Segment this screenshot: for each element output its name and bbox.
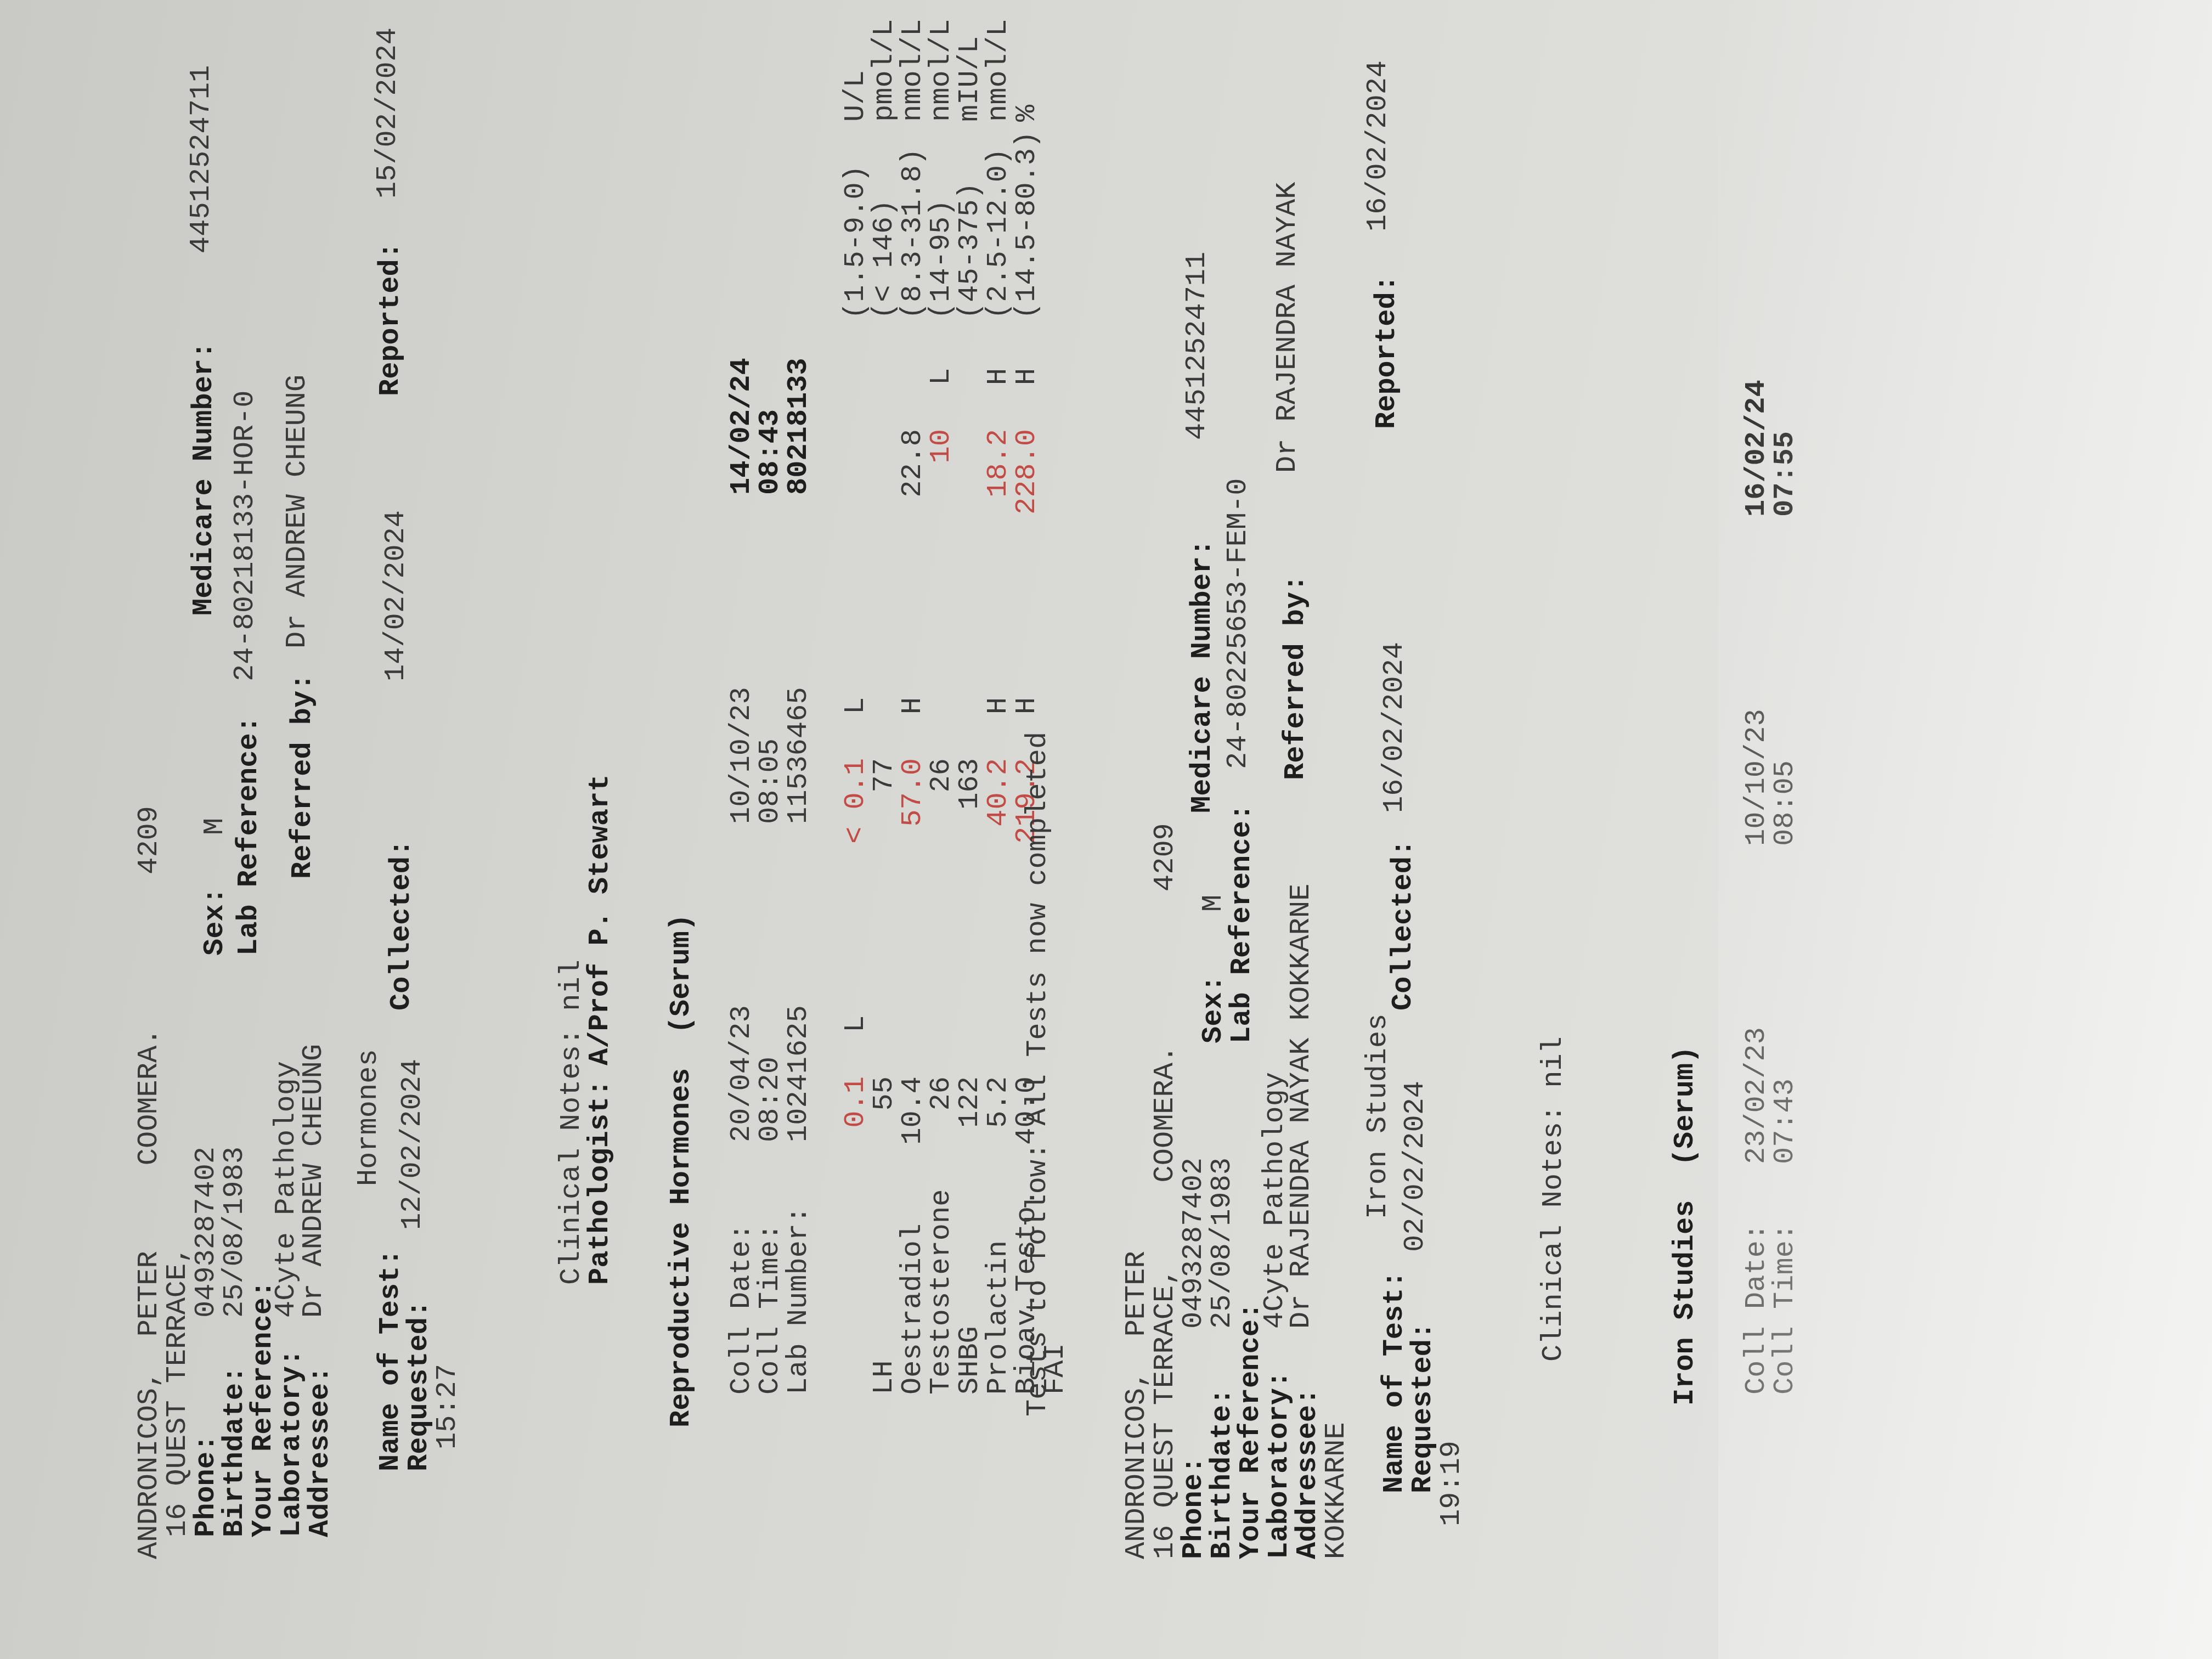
lab-reference-value: 24-80225653-FEM-0 <box>1224 478 1252 770</box>
result-label: Testosterone <box>927 1189 956 1395</box>
reported-value: 16/02/2024 <box>1364 60 1392 232</box>
unit: mIU/L <box>956 36 984 122</box>
clinical-notes: Clinical Notes: nil <box>557 960 586 1285</box>
header-row-value: 08:20 <box>756 1057 785 1142</box>
result-flag: L <box>842 1015 870 1032</box>
result-flag: L <box>842 697 870 714</box>
result-value: 163 <box>956 758 984 810</box>
header-row-value: 07:55 <box>1771 431 1799 517</box>
requested-value: 12/02/2024 <box>398 1059 427 1230</box>
reference-range: (8.3-31.8) <box>899 148 927 319</box>
test-name-value: Iron Studies <box>1364 1014 1392 1219</box>
reported-label: Reported: <box>376 242 405 396</box>
header-row-value: 07:43 <box>1771 1079 1799 1164</box>
header-row-value: 14/02/24 <box>727 358 756 495</box>
result-value: < 0.1 <box>842 758 870 844</box>
header-row-value: 10241625 <box>785 1005 813 1142</box>
collected-value: 16/02/2024 <box>1380 642 1409 813</box>
header-row-value: 80218133 <box>785 358 813 495</box>
sex-label: Sex: <box>201 887 229 956</box>
laboratory-label: Laboratory: <box>278 1349 306 1537</box>
result-flag: H <box>1013 697 1041 714</box>
lab-reference-label: Lab Reference: <box>1228 804 1256 1043</box>
medicare-value: 44512524711 <box>187 65 216 253</box>
requested-value: 02/02/2024 <box>1401 1081 1430 1252</box>
requested-time: 15:27 <box>433 1364 462 1449</box>
unit: nmol/L <box>984 19 1013 122</box>
result-value: 0.1 <box>842 1076 870 1128</box>
referred-by-label: Referred by: <box>289 674 317 879</box>
reference-range: (14.5-80.3) <box>1013 131 1041 319</box>
result-value: 22.8 <box>899 429 927 498</box>
header-row-value: 10/10/23 <box>727 687 756 824</box>
result-flag: H <box>984 368 1013 385</box>
unit: pmol/L <box>870 19 899 122</box>
medicare-label: Medicare Number: <box>1188 539 1217 813</box>
addressee-value: Dr ANDREW CHEUNG <box>300 1044 328 1318</box>
result-label: SHBG <box>956 1326 984 1395</box>
section-title-iron-studies: Iron Studies (Serum) <box>1671 1046 1700 1406</box>
phone-label: Phone: <box>192 1435 221 1537</box>
addressee-label: Addressee: <box>306 1366 335 1537</box>
result-value: 228.0 <box>1013 429 1041 515</box>
birthdate-value: 25/08/1983 <box>221 1147 249 1318</box>
unit: nmol/L <box>899 19 927 122</box>
requested-time: 19:19 <box>1437 1441 1466 1526</box>
header-row-label: Lab Number: <box>785 1206 813 1395</box>
test-name-label: Name of Test: <box>376 1249 405 1471</box>
addressee-label: Addressee: <box>1294 1388 1322 1559</box>
reference-range: (1.5-9.0) <box>842 165 870 319</box>
reference-range: (< 146) <box>870 200 899 319</box>
addressee-value: Dr RAJENDRA NAYAK KOKKARNE <box>1287 884 1316 1329</box>
result-flag: H <box>899 697 927 714</box>
result-label: LH <box>870 1361 899 1395</box>
header-row-label: Coll Date: <box>1742 1223 1771 1395</box>
birthdate-label: Birthdate: <box>221 1366 249 1537</box>
sex-label: Sex: <box>1199 975 1228 1043</box>
medicare-label: Medicare Number: <box>190 342 218 616</box>
sex-value: M <box>1199 895 1228 912</box>
laboratory-value: 4Cyte Pathology <box>272 1061 301 1318</box>
your-reference-label: Your Reference: <box>249 1280 278 1537</box>
header-row-value: 23/02/23 <box>1742 1027 1771 1164</box>
result-value: 10.4 <box>899 1076 927 1145</box>
laboratory-label: Laboratory: <box>1265 1371 1294 1559</box>
requested-label: Requested: <box>405 1300 433 1471</box>
header-row-label: Coll Time: <box>756 1223 785 1395</box>
reference-range: (2.5-12.0) <box>984 148 1013 319</box>
header-row-value: 10/10/23 <box>1742 709 1771 846</box>
section-title-reproductive-hormones: Reproductive Hormones (Serum) <box>667 914 696 1427</box>
test-name-value: Hormones <box>354 1049 383 1186</box>
result-value: 57.0 <box>899 758 927 827</box>
collected-label: Collected: <box>1389 839 1418 1011</box>
lab-reference-label: Lab Reference: <box>235 716 263 956</box>
result-value: 5.2 <box>984 1076 1013 1128</box>
result-label: Oestradiol <box>899 1223 927 1395</box>
result-value: 40.2 <box>984 758 1013 827</box>
reference-range: (45-375) <box>956 182 984 319</box>
birthdate-value: 25/08/1983 <box>1208 1158 1237 1329</box>
result-value: 18.2 <box>984 429 1013 498</box>
header-row-value: 08:43 <box>756 409 785 495</box>
phone-value: 0493287402 <box>1180 1158 1208 1329</box>
header-row-value: 08:05 <box>1771 760 1799 846</box>
reported-value: 15/02/2024 <box>374 27 402 199</box>
header-row-label: Coll Time: <box>1771 1223 1799 1395</box>
result-label: Prolactin <box>984 1240 1013 1395</box>
requested-label: Requested: <box>1409 1322 1437 1493</box>
birthdate-label: Birthdate: <box>1208 1388 1237 1559</box>
header-row-value: 20/04/23 <box>727 1005 756 1142</box>
patient-address: 16 QUEST TERRACE, COOMERA. 4209 <box>1151 823 1180 1559</box>
sex-value: M <box>201 818 229 835</box>
medicare-value: 44512524711 <box>1183 252 1211 440</box>
referred-by-value: Dr RAJENDRA NAYAK <box>1273 182 1302 473</box>
result-flag: L <box>927 368 956 385</box>
result-value: 26 <box>927 758 956 792</box>
header-row-value: 11536465 <box>785 687 813 824</box>
test-name-label: Name of Test: <box>1380 1271 1409 1493</box>
result-value: 55 <box>870 1076 899 1110</box>
clinical-notes: Clinical Notes: nil <box>1539 1036 1568 1362</box>
addressee-wrap: KOKKARNE <box>1322 1422 1351 1559</box>
patient-name: ANDRONICOS, PETER COOMERA. 4209 <box>135 806 163 1559</box>
unit: nmol/L <box>927 19 956 122</box>
collected-value: 14/02/2024 <box>382 510 410 681</box>
result-value: 122 <box>956 1076 984 1128</box>
phone-label: Phone: <box>1180 1457 1208 1559</box>
lab-report-sheet: ANDRONICOS, PETER COOMERA. 4209 16 QUEST… <box>91 34 2121 1625</box>
phone-value: 0493287402 <box>192 1147 221 1318</box>
pathologist-label: Pathologist: <box>586 1080 614 1285</box>
patient-name: ANDRONICOS, PETER <box>1122 1251 1151 1559</box>
reference-range: (14-95) <box>927 200 956 319</box>
your-reference-label: Your Reference: <box>1237 1302 1265 1559</box>
header-row-label: Coll Date: <box>727 1223 756 1395</box>
result-value: 26 <box>927 1076 956 1110</box>
header-row-value: 16/02/24 <box>1742 380 1771 517</box>
unit: U/L <box>842 70 870 122</box>
patient-address: 16 QUEST TERRACE, <box>163 1246 192 1538</box>
result-flag: H <box>984 697 1013 714</box>
reported-label: Reported: <box>1373 275 1401 429</box>
result-value: 10 <box>927 429 956 463</box>
header-row-value: 08:05 <box>756 738 785 824</box>
referred-by-value: Dr ANDREW CHEUNG <box>283 375 312 648</box>
result-flag: H <box>1013 368 1041 385</box>
pathologist-value: A/Prof P. Stewart <box>586 775 614 1066</box>
unit: % <box>1013 105 1041 122</box>
lab-reference-value: 24-80218133-HOR-0 <box>231 391 259 682</box>
result-value: 77 <box>870 758 899 792</box>
collected-label: Collected: <box>387 839 416 1011</box>
tests-to-follow: Tests to follow: All Tests now completed <box>1024 732 1052 1417</box>
referred-by-label: Referred by: <box>1282 575 1310 780</box>
